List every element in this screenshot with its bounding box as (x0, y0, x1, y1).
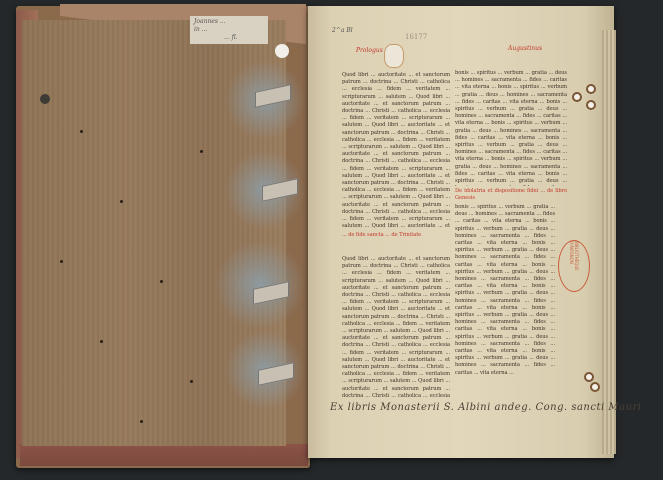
text-column-left-bottom: Quod libri ... auctoritate ... et sancto… (342, 256, 450, 398)
wormhole (200, 150, 203, 153)
wormhole (586, 84, 596, 94)
nail-icon (40, 94, 50, 104)
running-head-left: Prologus (356, 47, 383, 54)
wormhole (100, 340, 103, 343)
wormhole (140, 420, 143, 423)
library-stamp: BIBLIOTHÈQUE D'AVIGNON (558, 240, 590, 292)
page-edges (602, 30, 616, 454)
wormhole (120, 200, 123, 203)
label-line: ... fl. (194, 34, 264, 42)
text-column-right-top: bonis ... spiritus ... verbum ... gratia… (455, 70, 567, 186)
paper-hole (275, 44, 289, 58)
label-line: Joannes ... (194, 18, 264, 26)
stain (215, 240, 305, 330)
ownership-inscription: Ex libris Monasterii S. Albini andeg. Co… (330, 402, 641, 413)
wormhole (60, 260, 63, 263)
running-head-right: Augustinus (508, 45, 542, 52)
wormhole (80, 130, 83, 133)
text-column-right-bottom: bonis ... spiritus ... verbum ... gratia… (455, 204, 555, 396)
wormhole (584, 372, 594, 382)
rubric: ... de fide sancta ... de Trinitate (342, 232, 452, 254)
text-column-left-top: Quod libri ... auctoritate ... et sancto… (342, 72, 450, 230)
wormhole (586, 100, 596, 110)
wormhole (572, 92, 582, 102)
wormhole (160, 280, 163, 283)
leather-turn-in-bottom (20, 444, 308, 466)
rubric: De idolatria et dispositione fidei ... d… (455, 188, 567, 202)
folio-mark: 2^a Bl (332, 27, 353, 34)
shelfmark: 16177 (405, 33, 427, 41)
paper-label: Joannes ... in ... ... fl. (190, 16, 268, 44)
label-line: in ... (194, 26, 264, 34)
wormhole (190, 380, 193, 383)
wormhole (590, 382, 600, 392)
parchment-hole (384, 44, 404, 68)
